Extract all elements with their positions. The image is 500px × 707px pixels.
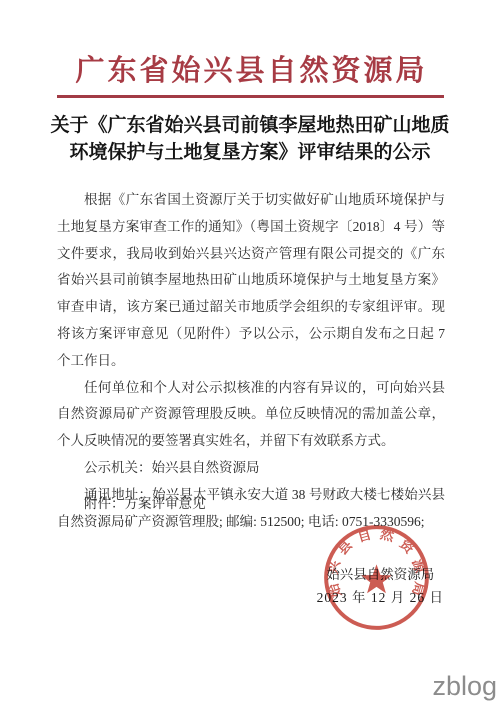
zblog-watermark: zblog — [432, 671, 497, 702]
agency-header: 广东省始兴县自然资源局 — [0, 48, 500, 89]
body-paragraph: 任何单位和个人对公示拟核准的内容有异议的，可向始兴县自然资源局矿产资源管理股反映… — [57, 375, 445, 455]
document-title-line2: 环境保护与土地复垦方案》评审结果的公示 — [30, 139, 470, 166]
document-title-line1: 关于《广东省始兴县司前镇李屋地热田矿山地质 — [30, 112, 470, 139]
document-body: 根据《广东省国土资源厅关于切实做好矿山地质环境保护与土地复垦方案审查工作的通知》… — [57, 187, 445, 535]
document-title: 关于《广东省始兴县司前镇李屋地热田矿山地质 环境保护与土地复垦方案》评审结果的公… — [30, 112, 470, 166]
signature-date: 2023 年 12 月 26 日 — [317, 587, 444, 610]
signature-agency: 始兴县自然资源局 — [317, 564, 444, 587]
red-divider-rule — [57, 95, 444, 98]
body-paragraph: 根据《广东省国土资源厅关于切实做好矿山地质环境保护与土地复垦方案审查工作的通知》… — [57, 187, 445, 375]
attachment-line: 附件：方案评审意见 — [57, 490, 445, 517]
signature-block: 始兴县自然资源局 2023 年 12 月 26 日 — [317, 564, 444, 609]
publicity-authority-line: 公示机关：始兴县自然资源局 — [57, 455, 445, 482]
document-page: 广东省始兴县自然资源局 关于《广东省始兴县司前镇李屋地热田矿山地质 环境保护与土… — [0, 0, 500, 707]
